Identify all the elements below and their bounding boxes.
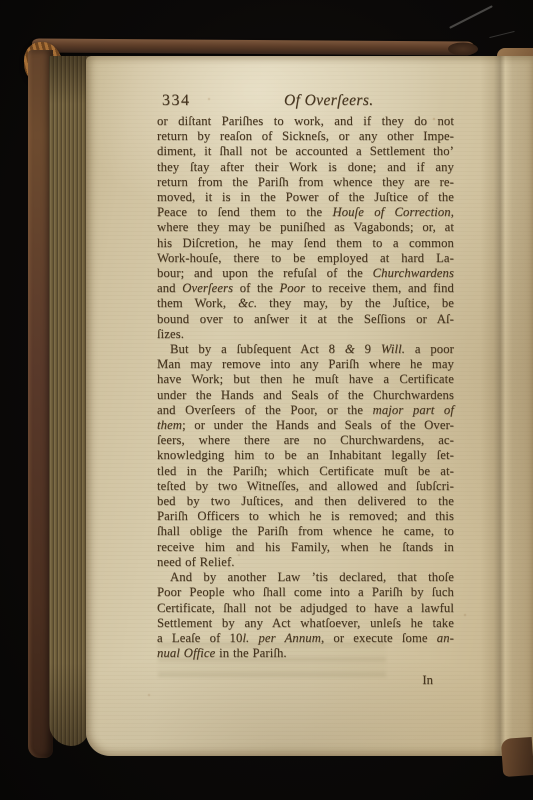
italic-text: major part of xyxy=(373,403,454,417)
italic-text: Overſeers xyxy=(182,281,233,295)
italic-text: Will. xyxy=(381,342,405,356)
text-line: But by a ſubſequent Act 8 & 9 Will. a po… xyxy=(157,342,454,357)
text-line: and Overſeers of the Poor, or the major … xyxy=(157,403,454,418)
text-segment: Peace to ſend them to the xyxy=(157,205,332,219)
body-text: or diſtant Pariſhes to work, and if they… xyxy=(157,114,454,661)
text-line: return by reaſon of Sickneſs, or any oth… xyxy=(157,129,454,144)
text-segment: Poor People who ſhall come into a Pariſh… xyxy=(157,585,454,599)
text-line: them; or under the Hands and Seals of th… xyxy=(157,418,454,433)
text-segment: a poor xyxy=(405,342,454,356)
text-segment: bed by two Juſtices, and then delivered … xyxy=(157,494,454,508)
text-line: tled in the Pariſh; which Certificate mu… xyxy=(157,464,454,479)
text-line: diment, it ſhall not be accounted a Sett… xyxy=(157,144,454,159)
text-line: and Overſeers of the Poor to receive the… xyxy=(157,281,454,296)
italic-text: & xyxy=(345,342,355,356)
text-segment: diment, it ſhall not be accounted a Sett… xyxy=(157,144,454,158)
text-segment: Work-houſe, there to be employed at hard… xyxy=(157,251,454,265)
text-line: under the Hands and Seals of the Churchw… xyxy=(157,388,454,403)
book-cover-top-edge xyxy=(32,38,474,55)
text-segment: Certificate, ſhall not be adjudged to ha… xyxy=(157,601,454,615)
text-line: ſeers, where there are no Churchwardens,… xyxy=(157,433,454,448)
paragraph: And by another Law ’tis declared, that t… xyxy=(157,570,454,661)
text-segment: receive him and his Family, when he ſtan… xyxy=(157,540,454,554)
cover-corner-bottom-right xyxy=(501,737,533,777)
italic-text: Poor xyxy=(279,281,305,295)
text-segment: knowledging him to be an Inhabitant lega… xyxy=(157,448,454,462)
text-line: Peace to ſend them to the Houſe of Corre… xyxy=(157,205,454,220)
italic-text: nual Office xyxy=(157,646,215,660)
text-segment: Settlement by any Act whatſoever, unleſs… xyxy=(157,616,454,630)
text-line: where they may be puniſhed as Vagabonds;… xyxy=(157,220,454,235)
text-line: bour; and upon the refuſal of the Church… xyxy=(157,266,454,281)
text-segment: his Diſcretion, he may ſend them to a co… xyxy=(157,236,454,250)
text-line: or diſtant Pariſhes to work, and if they… xyxy=(157,114,454,129)
italic-text: l. per Annum xyxy=(242,631,321,645)
text-segment: Man may remove into any Pariſh where he … xyxy=(157,357,454,371)
scratch-mark xyxy=(489,31,514,38)
text-line: Certificate, ſhall not be adjudged to ha… xyxy=(157,601,454,616)
text-line: his Diſcretion, he may ſend them to a co… xyxy=(157,236,454,251)
text-segment: ; or under the Hands and Seals of the Ov… xyxy=(182,418,454,432)
text-segment: return by reaſon of Sickneſs, or any oth… xyxy=(157,129,454,143)
text-line: knowledging him to be an Inhabitant lega… xyxy=(157,448,454,463)
text-segment: And by another Law ’tis declared, that t… xyxy=(170,570,454,584)
text-segment: a Leaſe of 10 xyxy=(157,631,242,645)
text-segment: they may, by the Juſtice, be xyxy=(257,296,454,310)
text-line: bound over to anſwer it at the Seſſions … xyxy=(157,312,454,327)
text-segment: they ſtay after their Work is done; and … xyxy=(157,160,454,174)
text-line: And by another Law ’tis declared, that t… xyxy=(157,570,454,585)
text-line: ſizes. xyxy=(157,327,454,342)
text-segment: Pariſh Officers to which he is removed; … xyxy=(157,509,454,523)
italic-text: them xyxy=(157,418,182,432)
text-segment: or diſtant Pariſhes to work, and if they… xyxy=(157,114,454,128)
text-segment: moved, it is in the Power of the Juſtice… xyxy=(157,190,454,204)
text-segment: and xyxy=(157,281,182,295)
foxing-specks xyxy=(86,56,88,58)
text-line: have Work; but then he muſt have a Certi… xyxy=(157,372,454,387)
text-line: moved, it is in the Power of the Juſtice… xyxy=(157,190,454,205)
text-line: bed by two Juſtices, and then delivered … xyxy=(157,494,454,509)
text-segment: , xyxy=(451,205,454,219)
photo-background: 334 Of Overſeers. or diſtant Pariſhes to… xyxy=(0,0,533,800)
book-page: 334 Of Overſeers. or diſtant Pariſhes to… xyxy=(86,56,533,756)
italic-text: Churchwardens xyxy=(373,266,454,280)
text-segment: 9 xyxy=(355,342,381,356)
paragraph: But by a ſubſequent Act 8 & 9 Will. a po… xyxy=(157,342,454,570)
text-line: return from the Pariſh from whence they … xyxy=(157,175,454,190)
text-line: nual Office in the Pariſh. xyxy=(157,646,454,661)
paragraph: or diſtant Pariſhes to work, and if they… xyxy=(157,114,454,342)
text-line: Pariſh Officers to which he is removed; … xyxy=(157,509,454,524)
text-line: receive him and his Family, when he ſtan… xyxy=(157,540,454,555)
text-segment: ſeers, where there are no Churchwardens,… xyxy=(157,433,454,447)
text-segment: return from the Pariſh from whence they … xyxy=(157,175,454,189)
text-line: a Leaſe of 10l. per Annum, or execute ſo… xyxy=(157,631,454,646)
text-segment: them Work, xyxy=(157,296,238,310)
text-segment: in the Pariſh. xyxy=(215,646,286,660)
text-segment: to receive them, and find xyxy=(305,281,454,295)
running-title: Of Overſeers. xyxy=(284,92,374,110)
text-segment: under the Hands and Seals of the Churchw… xyxy=(157,388,454,402)
italic-text: Houſe of Correction xyxy=(332,205,450,219)
text-line: them Work, &c. they may, by the Juſtice,… xyxy=(157,296,454,311)
italic-text: an- xyxy=(437,631,454,645)
text-segment: , or execute ſome xyxy=(321,631,437,645)
italic-text: &c. xyxy=(238,296,257,310)
text-line: need of Relief. xyxy=(157,555,454,570)
catchword: In xyxy=(157,673,454,688)
text-segment: have Work; but then he muſt have a Certi… xyxy=(157,372,454,386)
text-segment: teſted by two Witneſſes, and allowed and… xyxy=(157,479,454,493)
text-column: 334 Of Overſeers. or diſtant Pariſhes to… xyxy=(157,92,454,688)
page-header: 334 Of Overſeers. xyxy=(157,92,454,112)
text-segment: But by a ſubſequent Act 8 xyxy=(170,342,345,356)
text-segment: bound over to anſwer it at the Seſſions … xyxy=(157,312,454,326)
text-segment: need of Relief. xyxy=(157,555,235,569)
text-segment: ſizes. xyxy=(157,327,184,341)
book-page-edges xyxy=(49,56,89,746)
text-line: Work-houſe, there to be employed at hard… xyxy=(157,251,454,266)
text-line: teſted by two Witneſſes, and allowed and… xyxy=(157,479,454,494)
text-line: Man may remove into any Pariſh where he … xyxy=(157,357,454,372)
text-segment: tled in the Pariſh; which Certificate mu… xyxy=(157,464,454,478)
text-segment: where they may be puniſhed as Vagabonds;… xyxy=(157,220,454,234)
text-segment: ſhall oblige the Pariſh from whence he c… xyxy=(157,524,454,538)
text-line: Poor People who ſhall come into a Pariſh… xyxy=(157,585,454,600)
text-segment: bour; and upon the refuſal of the xyxy=(157,266,373,280)
text-line: they ſtay after their Work is done; and … xyxy=(157,160,454,175)
text-line: Settlement by any Act whatſoever, unleſs… xyxy=(157,616,454,631)
text-segment: and Overſeers of the Poor, or the xyxy=(157,403,373,417)
text-line: ſhall oblige the Pariſh from whence he c… xyxy=(157,524,454,539)
text-segment: of the xyxy=(233,281,279,295)
scratch-mark xyxy=(449,5,493,29)
page-number: 334 xyxy=(162,92,191,110)
